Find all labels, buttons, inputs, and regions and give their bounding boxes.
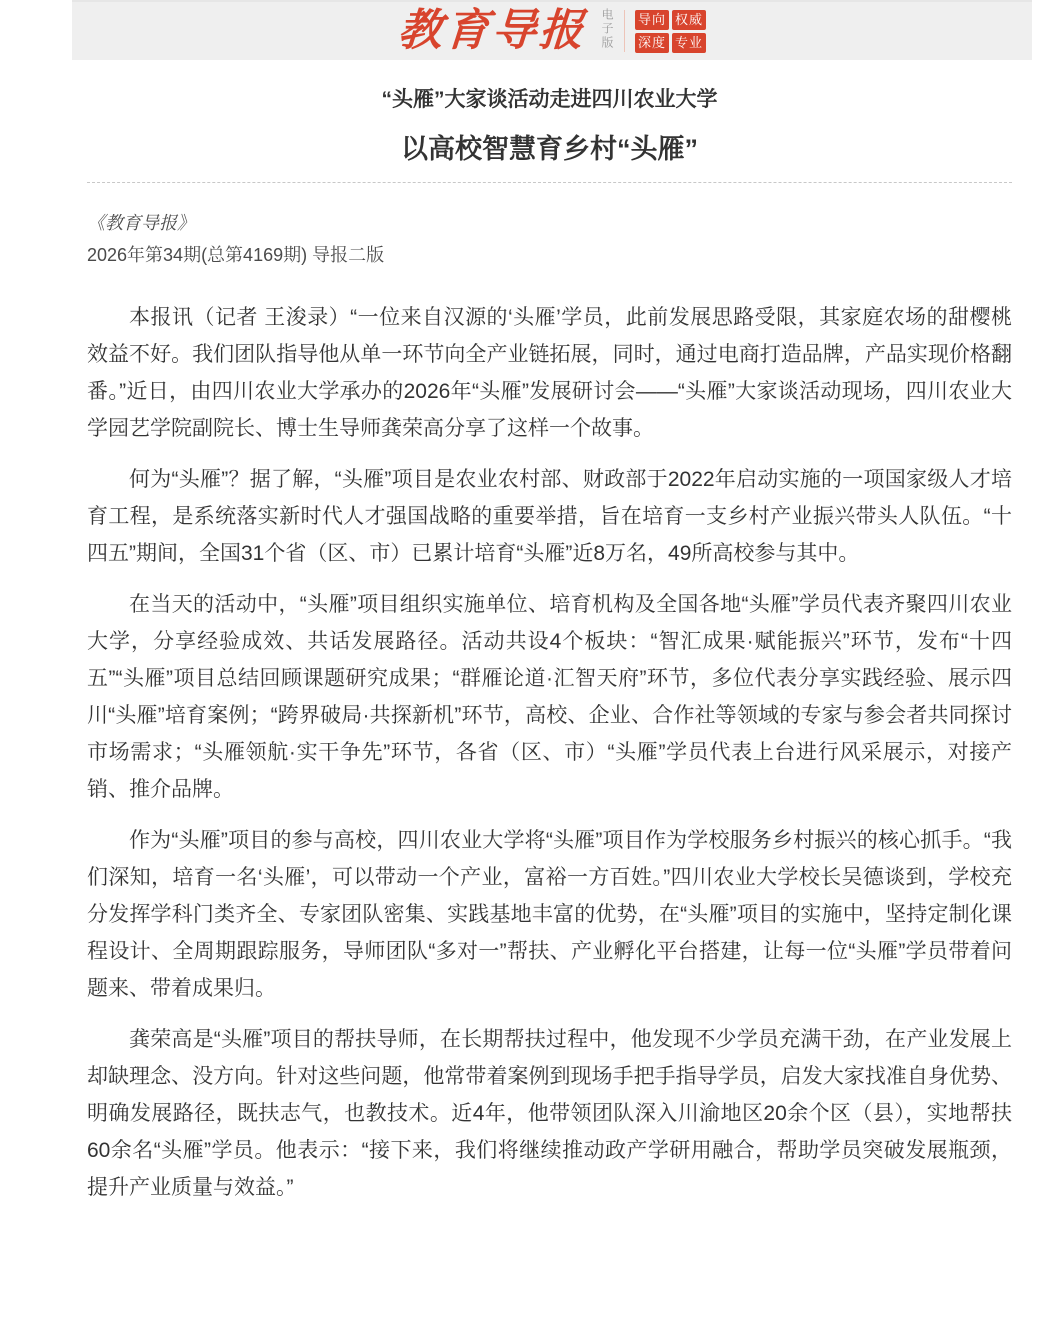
source-publication: 《教育导报》 [87,207,1012,239]
badge-professional: 专业 [672,33,706,53]
issue-info: 2026年第34期(总第4169期) 导报二版 [87,239,1012,271]
edition-label: 电子版 [600,8,614,54]
brand-badges: 导向 权威 深度 专业 [635,10,706,53]
masthead: 教育导报 电子版 导向 权威 深度 专业 [72,0,1032,60]
article-paragraph: 本报讯（记者 王浚录）“一位来自汉源的‘头雁’学员，此前发展思路受限，其家庭农场… [87,299,1012,447]
newspaper-logo[interactable]: 教育导报 电子版 导向 权威 深度 专业 [398,8,706,54]
badge-orientation: 导向 [635,10,669,30]
article-page: 教育导报 电子版 导向 权威 深度 专业 “头雁”大家谈活动走进四川农业大学 以… [72,0,1032,1341]
article-kicker: “头雁”大家谈活动走进四川农业大学 [87,86,1012,114]
badge-authority: 权威 [672,10,706,30]
article-title: 以高校智慧育乡村“头雁” [87,132,1012,166]
logo-calligraphy: 教育导报 [396,9,587,53]
article-paragraphs: 本报讯（记者 王浚录）“一位来自汉源的‘头雁’学员，此前发展思路受限，其家庭农场… [87,299,1012,1206]
article-paragraph: 作为“头雁”项目的参与高校，四川农业大学将“头雁”项目作为学校服务乡村振兴的核心… [87,822,1012,1007]
article-paragraph: 何为“头雁”？据了解，“头雁”项目是农业农村部、财政部于2022年启动实施的一项… [87,461,1012,572]
article-content: “头雁”大家谈活动走进四川农业大学 以高校智慧育乡村“头雁” 《教育导报》 20… [72,86,1032,1206]
article-paragraph: 在当天的活动中，“头雁”项目组织实施单位、培育机构及全国各地“头雁”学员代表齐聚… [87,586,1012,808]
dotted-divider [87,182,1012,183]
logo-divider [624,10,625,52]
article-paragraph: 龚荣高是“头雁”项目的帮扶导师，在长期帮扶过程中，他发现不少学员充满干劲，在产业… [87,1021,1012,1206]
article-meta: 《教育导报》 2026年第34期(总第4169期) 导报二版 [87,207,1012,271]
badge-depth: 深度 [635,33,669,53]
